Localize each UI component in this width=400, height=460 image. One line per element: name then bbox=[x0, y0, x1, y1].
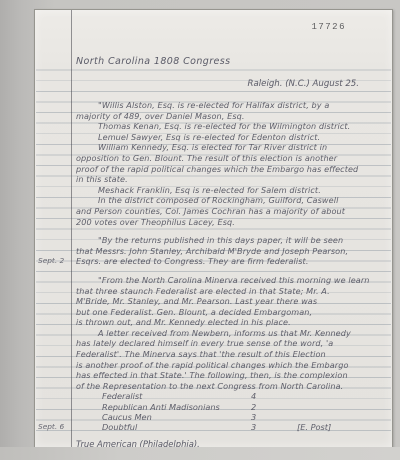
tally-row: Republican Anti Madisonians2 bbox=[76, 402, 387, 412]
tally-label: Republican Anti Madisonians bbox=[102, 402, 220, 412]
handwritten-line: majority of 489, over Daniel Mason, Esq. bbox=[76, 111, 387, 122]
card-content: North Carolina 1808 Congress Raleigh. (N… bbox=[76, 54, 387, 449]
handwritten-line: and Person counties, Col. James Cochran … bbox=[76, 206, 387, 217]
handwritten-line: that three staunch Federalist are electe… bbox=[76, 286, 387, 297]
dateline: Raleigh. (N.C.) August 25. bbox=[76, 72, 387, 94]
tally-row: Caucus Men3 bbox=[76, 412, 387, 422]
handwritten-line: A letter received from Newbern, informs … bbox=[76, 328, 387, 339]
handwritten-line: Thomas Kenan, Esq. is re-elected for the… bbox=[76, 121, 387, 132]
tally-row: Doubtful3[E. Post] bbox=[76, 422, 387, 432]
handwritten-line: has lately declared himself in every tru… bbox=[76, 338, 387, 349]
bottom-strip bbox=[0, 447, 400, 460]
handwritten-line: is thrown out, and Mr. Kennedy elected i… bbox=[76, 317, 387, 328]
tally-row: Federalist4 bbox=[76, 391, 387, 401]
document-title: North Carolina 1808 Congress bbox=[76, 54, 387, 72]
handwritten-line: is another proof of the rapid political … bbox=[76, 360, 387, 371]
handwritten-line: "Willis Alston, Esq. is re-elected for H… bbox=[76, 100, 387, 111]
body-lines: "Willis Alston, Esq. is re-elected for H… bbox=[76, 100, 387, 391]
tally-value: 3 bbox=[251, 412, 256, 422]
handwritten-line: "By the returns published in this days p… bbox=[76, 235, 387, 246]
handwritten-line: in this state. bbox=[76, 174, 387, 185]
handwritten-line: Esqrs. are elected to Congress. They are… bbox=[76, 256, 387, 267]
handwritten-line: of the Representation to the next Congre… bbox=[76, 381, 387, 392]
handwritten-line: M'Bride, Mr. Stanley, and Mr. Pearson. L… bbox=[76, 296, 387, 307]
handwritten-line: Meshack Franklin, Esq is re-elected for … bbox=[76, 185, 387, 196]
handwritten-line: "From the North Carolina Minerva receive… bbox=[76, 275, 387, 286]
index-card: 17726 Sept. 2 Sept. 6 North Carolina 180… bbox=[34, 9, 393, 448]
handwritten-line: proof of the rapid political changes whi… bbox=[76, 164, 387, 175]
tally-value: 3 bbox=[251, 422, 256, 432]
handwritten-line: William Kennedy, Esq. is elected for Tar… bbox=[76, 142, 387, 153]
tally-label: Caucus Men bbox=[102, 412, 152, 422]
tally-value: 4 bbox=[251, 391, 256, 401]
margin-note-sept-6: Sept. 6 bbox=[38, 422, 71, 432]
tally-value: 2 bbox=[251, 402, 256, 412]
photo-background: 17726 Sept. 2 Sept. 6 North Carolina 180… bbox=[0, 0, 400, 460]
catalog-number: 17726 bbox=[311, 22, 346, 32]
handwritten-line: 200 votes over Theophilus Lacey, Esq. bbox=[76, 217, 387, 228]
handwritten-line: Lemuel Sawyer, Esq is re-elected for Ede… bbox=[76, 132, 387, 143]
blank-line bbox=[76, 227, 387, 235]
margin-rule-line bbox=[71, 10, 72, 447]
margin-note-sept-2: Sept. 2 bbox=[38, 256, 71, 266]
handwritten-line: Federalist'. The Minerva says that 'the … bbox=[76, 349, 387, 360]
tally-rows: Federalist4Republican Anti Madisonians2C… bbox=[76, 391, 387, 432]
handwritten-line: has effected in that State.' The followi… bbox=[76, 370, 387, 381]
handwritten-line: that Messrs. John Stanley, Archibald M'B… bbox=[76, 246, 387, 257]
tally-label: Federalist bbox=[102, 391, 142, 401]
handwritten-line: In the district composed of Rockingham, … bbox=[76, 195, 387, 206]
handwritten-line: but one Federalist. Gen. Blount, a decid… bbox=[76, 307, 387, 318]
blank-line bbox=[76, 267, 387, 275]
tally-label: Doubtful bbox=[102, 422, 137, 432]
tally-source-note: [E. Post] bbox=[297, 422, 331, 432]
handwritten-line: opposition to Gen. Blount. The result of… bbox=[76, 153, 387, 164]
